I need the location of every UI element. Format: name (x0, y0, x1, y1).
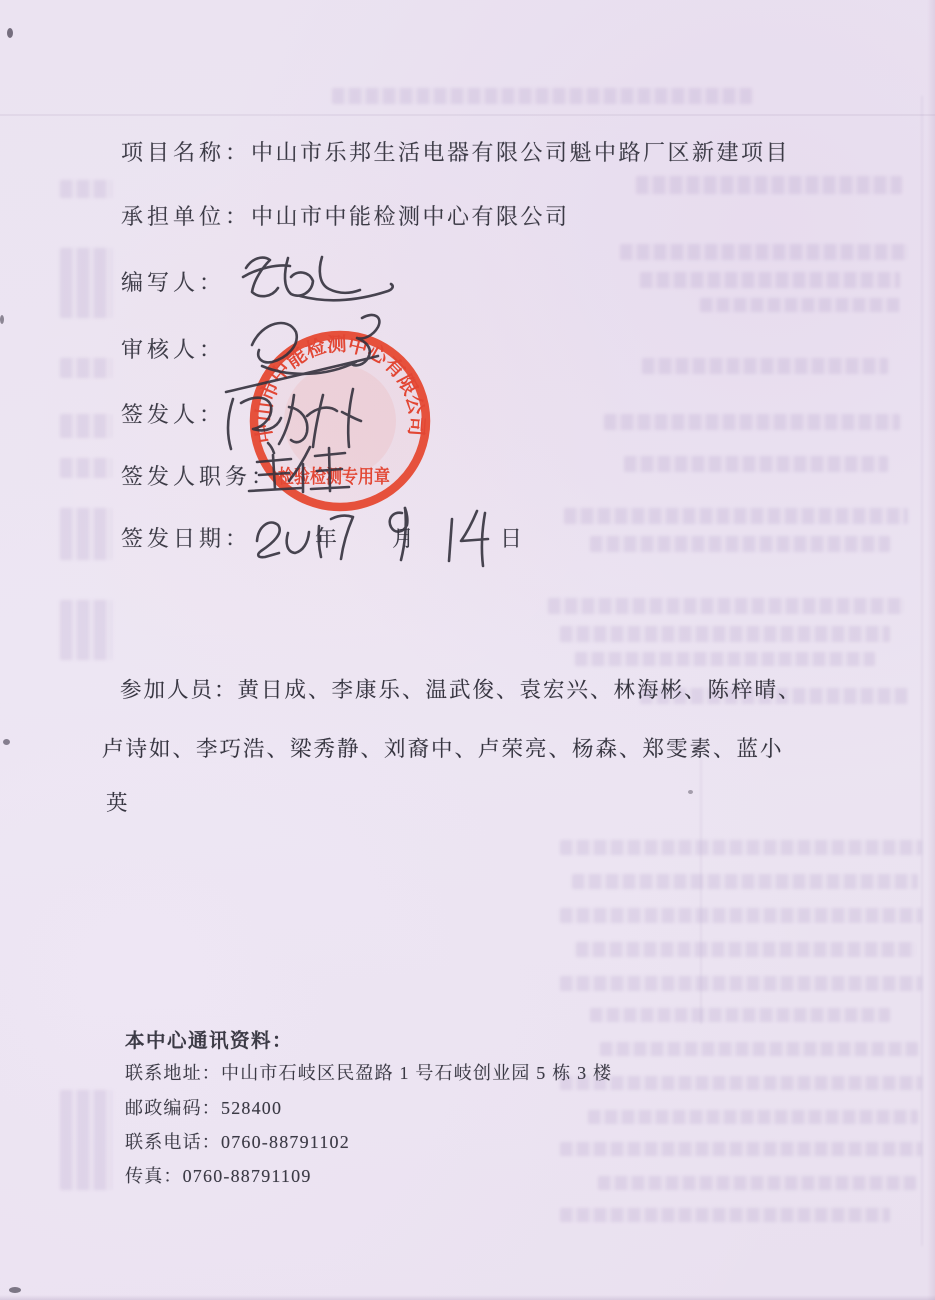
contact-fax-value: 0760-88791109 (183, 1166, 312, 1186)
contact-phone-value: 0760-88791102 (221, 1132, 350, 1152)
bleed-through-ghost (564, 508, 908, 524)
bleed-through-ghost (600, 1042, 918, 1056)
bleed-through-ghost (332, 88, 752, 104)
contact-address-label: 联系地址： (125, 1063, 221, 1083)
bleed-through-ghost (604, 414, 900, 430)
bleed-through-ghost (590, 536, 890, 552)
project-name-line: 项目名称：中山市乐邦生活电器有限公司魁中路厂区新建项目 (121, 140, 790, 165)
bleed-through-ghost (636, 176, 902, 194)
bleed-through-ghost (60, 414, 112, 438)
scanned-document-page: 项目名称：中山市乐邦生活电器有限公司魁中路厂区新建项目 承担单位：中山市中能检测… (0, 0, 935, 1300)
contact-section-header: 本中心通讯资料： (125, 1031, 293, 1053)
undertaker-line: 承担单位：中山市中能检测中心有限公司 (121, 204, 570, 229)
bleed-through-ghost (560, 976, 922, 991)
participants-names-1: 黄日成、李康乐、温武俊、袁宏兴、林海彬、陈梓晴、 (238, 678, 802, 702)
contact-postal-line: 邮政编码：528400 (125, 1098, 282, 1119)
issue-date-label: 签发日期： (121, 526, 251, 551)
scan-edge-shadow-bottom (0, 1295, 935, 1300)
bleed-through-ghost (620, 244, 908, 260)
contact-phone-line: 联系电话：0760-88791102 (125, 1132, 350, 1153)
bleed-through-ghost (60, 1090, 112, 1190)
bleed-through-ghost (60, 358, 112, 378)
date-day-suffix: 日 (500, 526, 525, 551)
contact-address-value: 中山市石岐区民盈路 1 号石岐创业园 5 栋 3 楼 (221, 1063, 612, 1083)
bleed-through-ghost (560, 840, 922, 855)
scan-speck (688, 790, 693, 794)
contact-phone-label: 联系电话： (125, 1132, 221, 1152)
bleed-through-table-line (921, 96, 923, 1246)
bleed-through-ghost (624, 456, 888, 472)
bleed-through-ghost (560, 1142, 922, 1156)
scan-speck (9, 1287, 21, 1293)
undertaker-label: 承担单位： (121, 204, 251, 229)
project-name-value: 中山市乐邦生活电器有限公司魁中路厂区新建项目 (251, 140, 790, 165)
participants-label: 参加人员： (120, 678, 238, 702)
bleed-through-ghost (572, 874, 918, 889)
participants-line-1: 参加人员：黄日成、李康乐、温武俊、袁宏兴、林海彬、陈梓晴、 (120, 678, 802, 703)
bleed-through-ghost (590, 1008, 890, 1022)
date-month-suffix: 月 (392, 526, 417, 551)
bleed-through-ghost (575, 652, 875, 666)
bleed-through-ghost (60, 458, 112, 478)
bleed-through-ghost (700, 298, 900, 312)
bleed-through-ghost (598, 1176, 916, 1190)
writer-signature (243, 257, 393, 300)
bleed-through-ghost (560, 908, 922, 923)
scan-artifact-line (0, 114, 935, 116)
project-name-label: 项目名称： (121, 140, 251, 165)
bleed-through-ghost (60, 180, 112, 198)
issue-date-handwriting (257, 508, 488, 566)
undertaker-value: 中山市中能检测中心有限公司 (251, 204, 570, 229)
bleed-through-ghost (642, 358, 888, 374)
contact-postal-value: 528400 (221, 1098, 282, 1118)
scan-edge-shadow-right (927, 0, 935, 1300)
bleed-through-ghost (560, 1208, 890, 1222)
date-year-suffix: 年 (315, 526, 340, 551)
bleed-through-ghost (560, 1076, 922, 1090)
contact-fax-line: 传真：0760-88791109 (125, 1166, 312, 1187)
issuer-label: 签发人： (121, 402, 225, 427)
scan-speck (3, 739, 10, 745)
bleed-through-ghost (576, 942, 916, 957)
contact-address-line: 联系地址：中山市石岐区民盈路 1 号石岐创业园 5 栋 3 楼 (125, 1063, 612, 1084)
bleed-through-ghost (560, 626, 890, 642)
bleed-through-ghost (548, 598, 904, 614)
bleed-through-table-line (700, 758, 702, 1024)
scan-speck (7, 28, 13, 38)
bleed-through-ghost (588, 1110, 918, 1124)
contact-fax-label: 传真： (125, 1166, 183, 1186)
bleed-through-ghost (640, 272, 900, 288)
participants-line-2: 卢诗如、李巧浩、梁秀静、刘裔中、卢荣亮、杨森、郑雯素、蓝小 (102, 737, 784, 762)
participants-line-3: 英 (106, 791, 130, 816)
writer-label: 编写人： (121, 270, 225, 295)
reviewer-label: 审核人： (121, 337, 225, 362)
bleed-through-ghost (60, 600, 112, 660)
contact-postal-label: 邮政编码： (125, 1098, 221, 1118)
bleed-through-ghost (60, 508, 112, 560)
stamp-bottom-text: 检验检测专用章 (278, 466, 390, 488)
bleed-through-ghost (60, 248, 112, 318)
company-seal-stamp: 中山市中能检测中心有限公司 检验检测专用章 (245, 328, 435, 514)
stamp-inner-smudge (284, 365, 396, 477)
scan-speck (0, 315, 4, 324)
